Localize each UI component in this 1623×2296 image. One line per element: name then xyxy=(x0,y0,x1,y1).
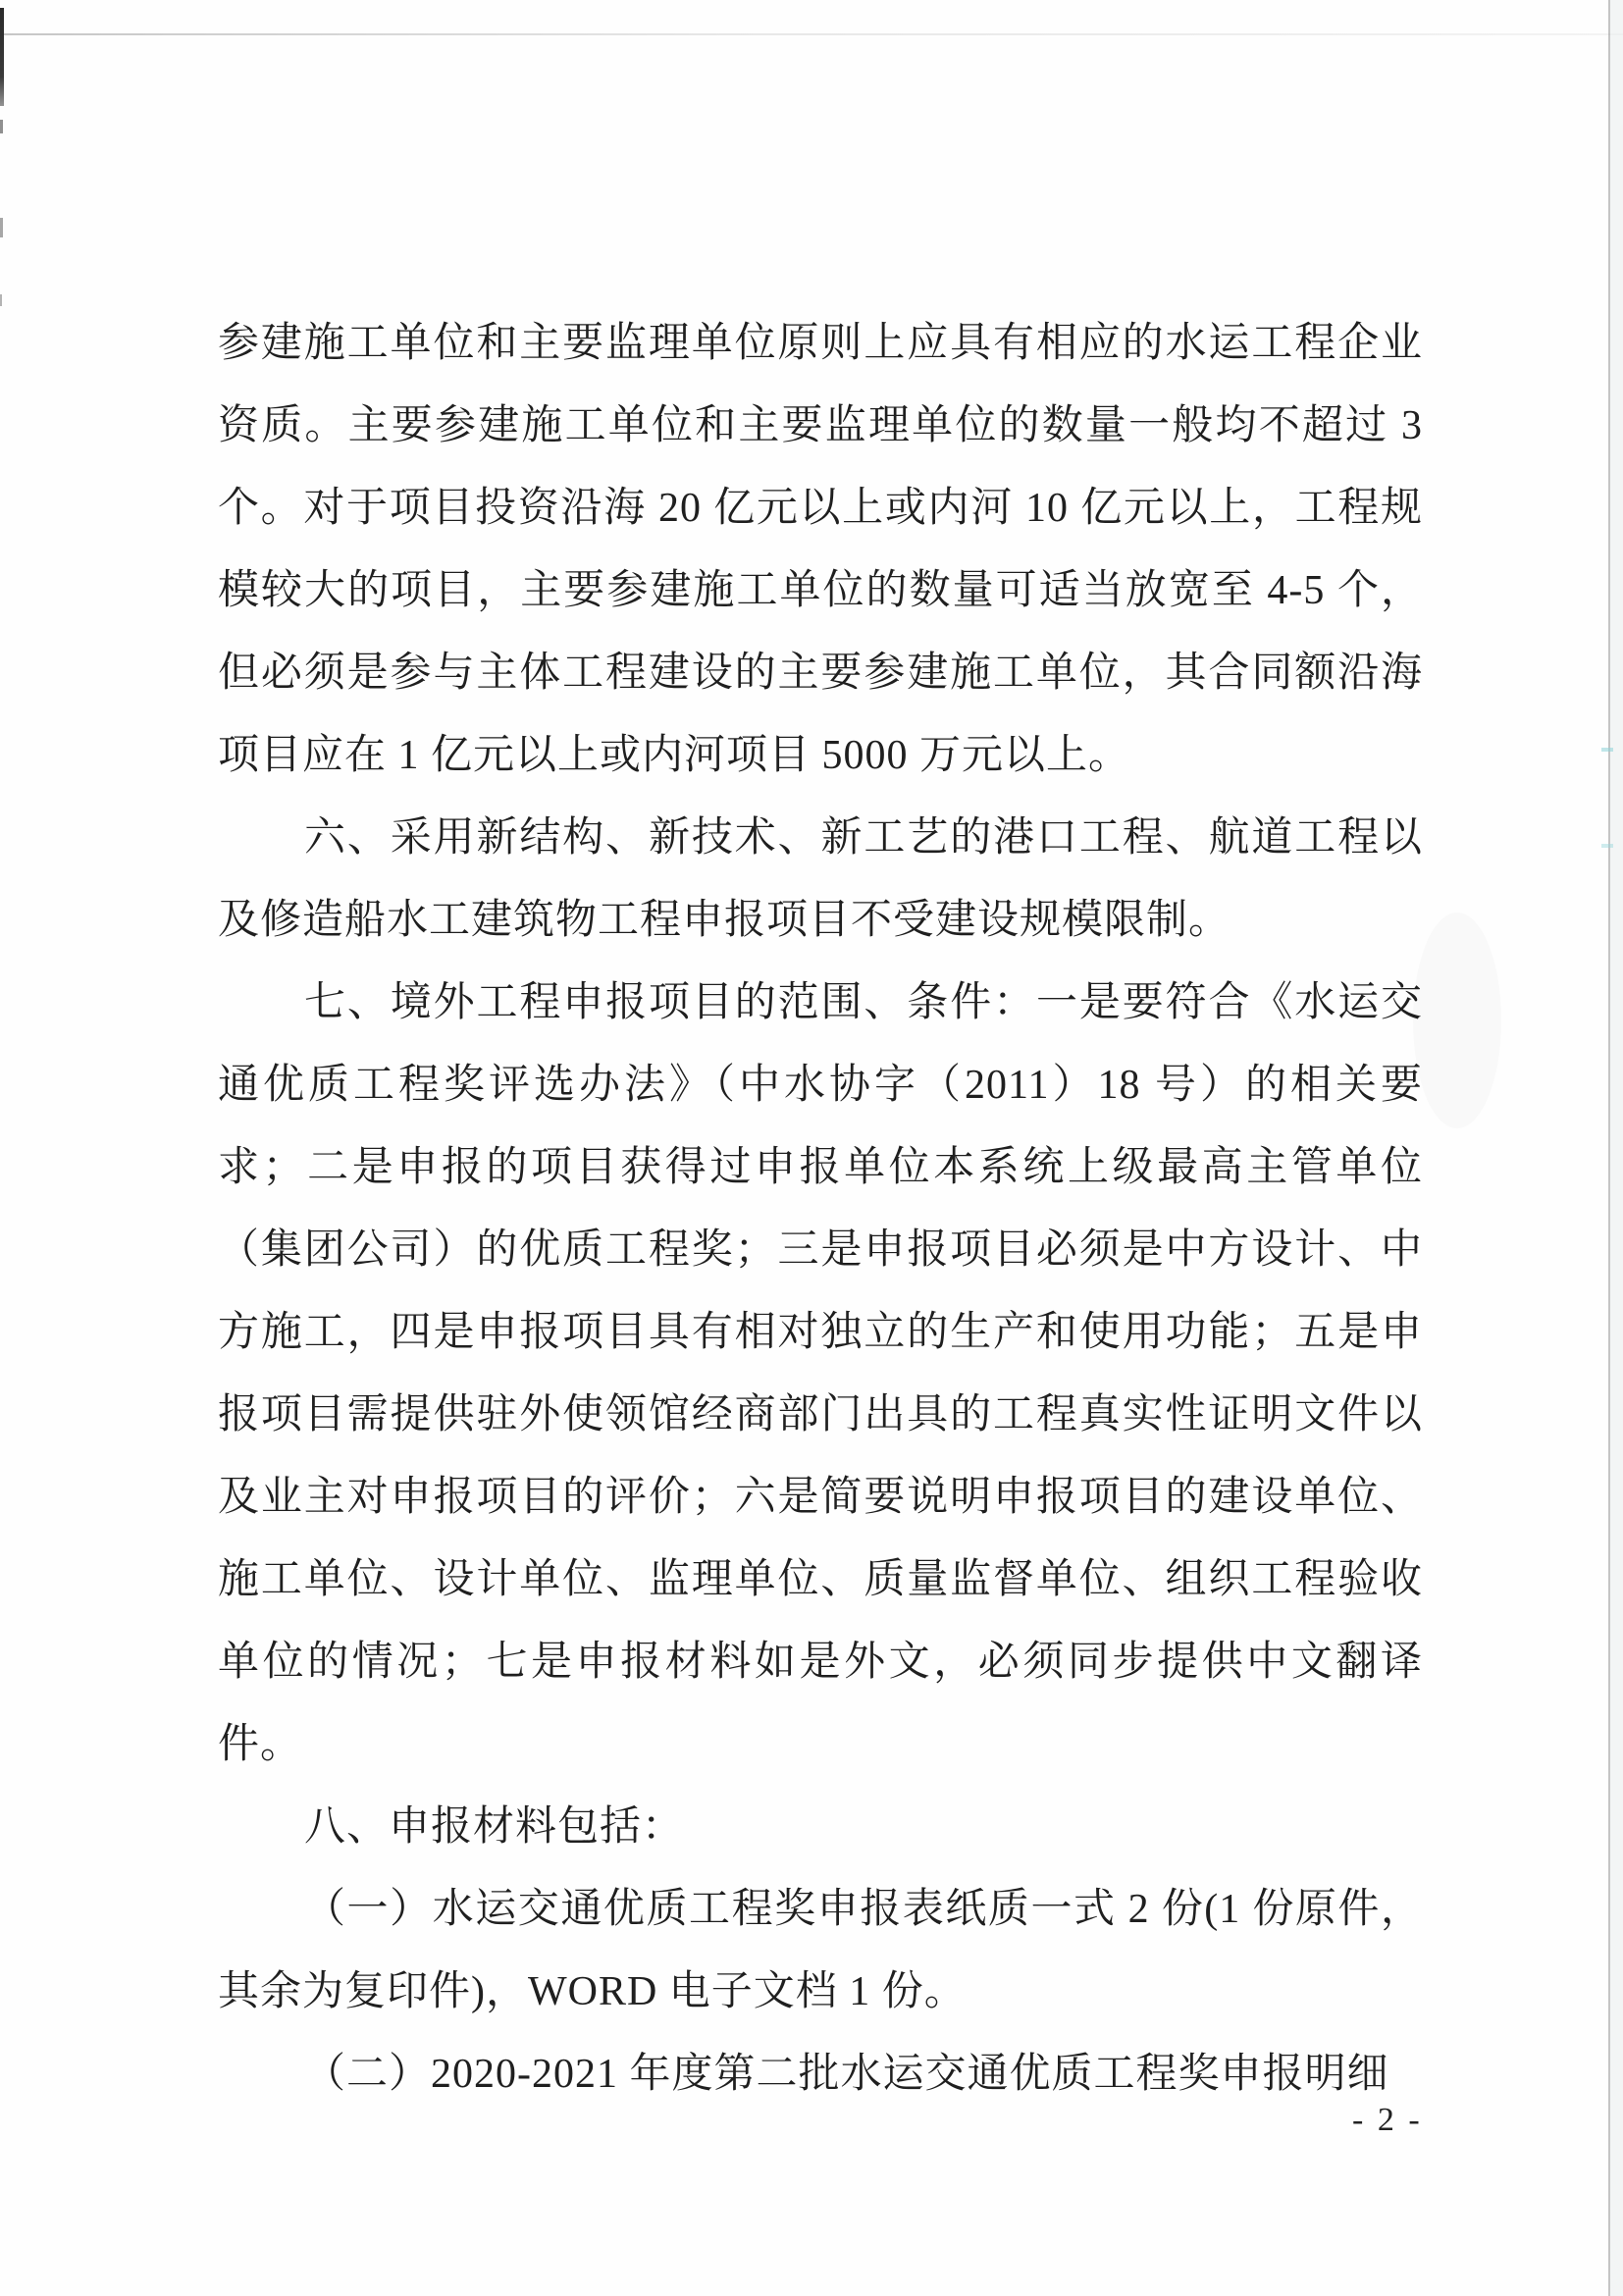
scan-artifact-right-edge xyxy=(1610,0,1623,2296)
scan-artifact-cyan-tick xyxy=(1601,844,1613,848)
scan-artifact-top-line xyxy=(0,33,1623,35)
paragraph-item-seven: 七、境外工程申报项目的范围、条件：一是要符合《水运交通优质工程奖评选办法》（中水… xyxy=(218,962,1423,1786)
scan-artifact-right-line xyxy=(1608,0,1610,2296)
scan-artifact-cyan-tick xyxy=(1601,748,1613,752)
scan-artifact-speck xyxy=(0,120,3,133)
page-number: - 2 - xyxy=(1352,2102,1423,2139)
scan-artifact-left-streak xyxy=(0,8,4,106)
paragraph-continuation: 参建施工单位和主要监理单位原则上应具有相应的水运工程企业资质。主要参建施工单位和… xyxy=(218,302,1423,797)
paragraph-subitem-two: （二）2020-2021 年度第二批水运交通优质工程奖申报明细 xyxy=(218,2033,1423,2115)
paragraph-item-eight: 八、申报材料包括： xyxy=(218,1786,1423,1868)
document-body: 参建施工单位和主要监理单位原则上应具有相应的水运工程企业资质。主要参建施工单位和… xyxy=(218,302,1423,2115)
paragraph-item-six: 六、采用新结构、新技术、新工艺的港口工程、航道工程以及修造船水工建筑物工程申报项… xyxy=(218,797,1423,962)
scan-artifact-speck xyxy=(0,294,2,306)
scan-artifact-speck xyxy=(0,218,3,237)
document-page: 参建施工单位和主要监理单位原则上应具有相应的水运工程企业资质。主要参建施工单位和… xyxy=(0,0,1623,2296)
scan-artifact-smudge xyxy=(1413,913,1501,1128)
paragraph-subitem-one: （一）水运交通优质工程奖申报表纸质一式 2 份(1 份原件，其余为复印件)，WO… xyxy=(218,1868,1423,2033)
